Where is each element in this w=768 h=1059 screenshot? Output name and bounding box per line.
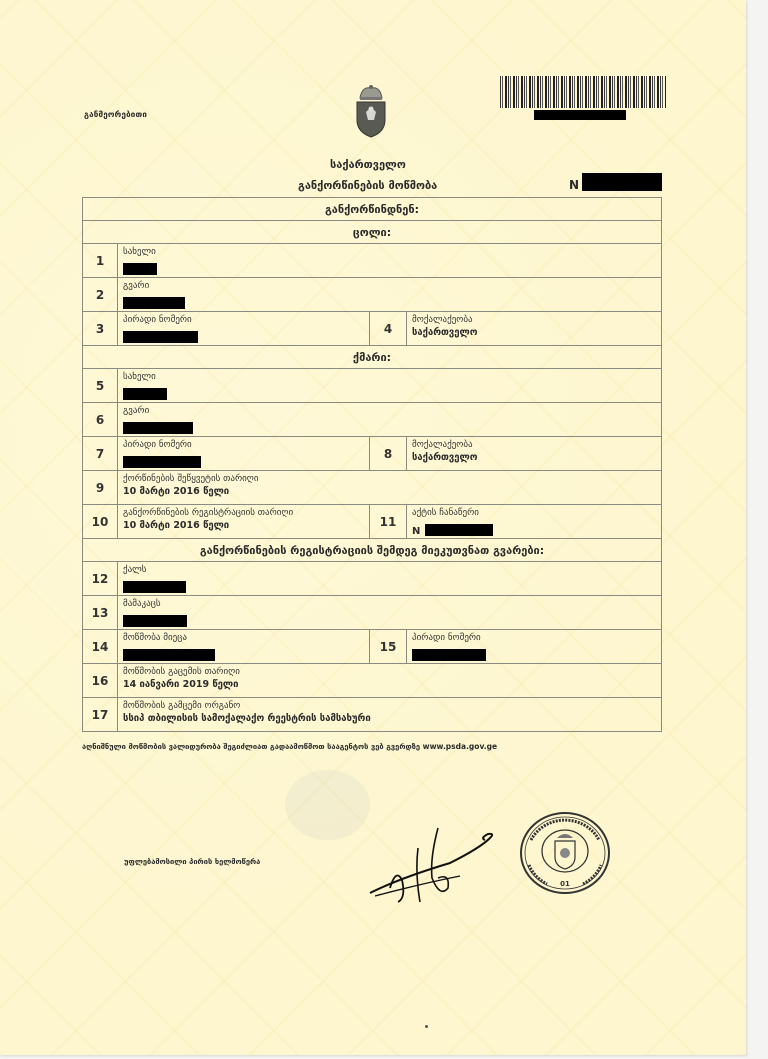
field-number: 16	[83, 664, 118, 697]
field-label: გვარი	[123, 405, 661, 417]
field-row-10-11: 10 განქორწინების რეგისტრაციის თარიღი 10 …	[83, 505, 661, 539]
woman-surname-redacted	[123, 581, 186, 593]
field-number: 5	[83, 369, 118, 402]
certificate-number-prefix: N	[569, 178, 579, 192]
field-label: პირადი ნომერი	[412, 632, 661, 644]
act-record-number-redacted	[425, 524, 493, 536]
field-label: სახელი	[123, 371, 661, 383]
field-label: მოქალაქეობა	[412, 314, 661, 326]
field-number: 11	[370, 505, 407, 538]
divorced-header: განქორწინდნენ:	[83, 198, 661, 221]
field-label: გვარი	[123, 280, 661, 292]
field-row-9: 9 ქორწინების შეწყვეტის თარიღი 10 მარტი 2…	[83, 471, 661, 505]
field-label: მოქალაქეობა	[412, 439, 661, 451]
certificate-page: განმეორებითი საქართველო განქორწინების მო…	[0, 0, 746, 1055]
wife-first-name-redacted	[123, 263, 157, 275]
field-row-7-8: 7 პირადი ნომერი 8 მოქალაქეობა საქართველო	[83, 437, 661, 471]
svg-text:01: 01	[560, 880, 570, 888]
field-row-17: 17 მოწმობის გამცემი ორგანო სსიპ თბილისის…	[83, 698, 661, 732]
field-label: აქტის ჩანაწერი	[412, 507, 661, 519]
certificate-title: განქორწინების მოწმობა	[298, 179, 437, 192]
field-row-1: 1 სახელი	[83, 244, 661, 278]
field-label: მოწმობა მიეცა	[123, 632, 369, 644]
coat-of-arms-icon	[352, 84, 390, 138]
field-row-3-4: 3 პირადი ნომერი 4 მოქალაქეობა საქართველო	[83, 312, 661, 346]
field-row-12: 12 ქალს	[83, 562, 661, 596]
field-row-13: 13 მამაკაცს	[83, 596, 661, 630]
field-number: 14	[83, 630, 118, 663]
validity-footnote: აღნიშნული მოწმობის ვალიდურობა შეგიძლიათ …	[82, 742, 497, 751]
husband-personal-number-redacted	[123, 456, 201, 468]
field-number: 13	[83, 596, 118, 629]
husband-first-name-redacted	[123, 388, 167, 400]
barcode	[500, 76, 666, 108]
marriage-end-date: 10 მარტი 2016 წელი	[123, 485, 661, 499]
wife-citizenship: საქართველო	[412, 326, 661, 340]
act-record-prefix: N	[412, 526, 420, 537]
man-surname-redacted	[123, 615, 187, 627]
wife-header: ცოლი:	[83, 221, 661, 244]
wife-personal-number-redacted	[123, 331, 198, 343]
official-seal-icon: 01	[517, 810, 613, 896]
surnames-header: განქორწინების რეგისტრაციის შემდეგ მიეკუთ…	[83, 539, 661, 562]
certificate-number-redacted	[582, 173, 662, 191]
field-row-6: 6 გვარი	[83, 403, 661, 437]
field-number: 7	[83, 437, 118, 470]
field-number: 6	[83, 403, 118, 436]
issued-to-redacted	[123, 649, 215, 661]
field-label: ქალს	[123, 564, 661, 576]
certificate-table: განქორწინდნენ: ცოლი: 1 სახელი 2 გვარი 3 …	[82, 197, 662, 732]
wife-surname-redacted	[123, 297, 185, 309]
divorce-registration-date: 10 მარტი 2016 წელი	[123, 519, 369, 533]
field-number: 3	[83, 312, 118, 345]
recipient-personal-number-redacted	[412, 649, 486, 661]
husband-surname-redacted	[123, 422, 193, 434]
field-number: 4	[370, 312, 407, 345]
field-row-5: 5 სახელი	[83, 369, 661, 403]
duplicate-label: განმეორებითი	[84, 110, 147, 119]
field-row-2: 2 გვარი	[83, 278, 661, 312]
field-label: სახელი	[123, 246, 661, 258]
issue-date: 14 იანვარი 2019 წელი	[123, 678, 661, 692]
signature-label: უფლებამოსილი პირის ხელმოწერა	[124, 857, 260, 866]
field-number: 12	[83, 562, 118, 595]
field-number: 17	[83, 698, 118, 731]
field-number: 2	[83, 278, 118, 311]
field-number: 1	[83, 244, 118, 277]
field-number: 8	[370, 437, 407, 470]
field-label: განქორწინების რეგისტრაციის თარიღი	[123, 507, 369, 519]
field-label: მოწმობის გამცემი ორგანო	[123, 700, 661, 712]
paper-speck	[425, 1025, 428, 1028]
husband-citizenship: საქართველო	[412, 451, 661, 465]
field-label: ქორწინების შეწყვეტის თარიღი	[123, 473, 661, 485]
field-number: 15	[370, 630, 407, 663]
field-number: 10	[83, 505, 118, 538]
field-row-14-15: 14 მოწმობა მიეცა 15 პირადი ნომერი	[83, 630, 661, 664]
field-label: მამაკაცს	[123, 598, 661, 610]
faded-stamp	[285, 770, 370, 840]
husband-header: ქმარი:	[83, 346, 661, 369]
signature-icon	[360, 818, 500, 908]
barcode-number-redacted	[534, 110, 626, 120]
field-label: პირადი ნომერი	[123, 314, 369, 326]
field-label: მოწმობის გაცემის თარიღი	[123, 666, 661, 678]
field-number: 9	[83, 471, 118, 504]
field-label: პირადი ნომერი	[123, 439, 369, 451]
field-row-16: 16 მოწმობის გაცემის თარიღი 14 იანვარი 20…	[83, 664, 661, 698]
issuing-authority: სსიპ თბილისის სამოქალაქო რეესტრის სამსახ…	[123, 712, 661, 726]
country-title: საქართველო	[330, 158, 406, 171]
